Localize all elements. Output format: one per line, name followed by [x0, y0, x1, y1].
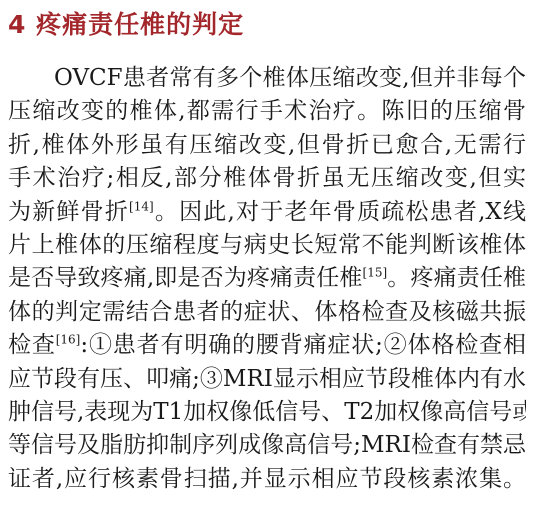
line-text: 手术治疗;相反,部分椎体骨折虽无压缩改变,但实: [8, 165, 526, 191]
line-text: 。疼痛责任椎: [387, 265, 526, 291]
citation-marker: [16]: [56, 332, 81, 346]
text-line: 检查[16]:①患者有明确的腰背痛症状;②体格检查相: [8, 329, 526, 362]
line-text: 。因此,对于老年骨质疏松患者,X线: [154, 199, 526, 225]
text-line: 肿信号,表现为T1加权像低信号、T2加权像高信号或: [8, 396, 526, 429]
line-text: 体的判定需结合患者的症状、体格检查及核磁共振: [8, 299, 526, 325]
text-line: 等信号及脂肪抑制序列成像高信号;MRI检查有禁忌: [8, 429, 526, 462]
text-line: 应节段有压、叩痛;③MRI显示相应节段椎体内有水: [8, 363, 526, 396]
line-text: 肿信号,表现为T1加权像低信号、T2加权像高信号或: [8, 399, 526, 425]
text-line: 为新鲜骨折[14]。因此,对于老年骨质疏松患者,X线: [8, 196, 526, 229]
section-heading: 4 疼痛责任椎的判定: [8, 10, 526, 40]
line-text: 证者,应行核素骨扫描,并显示相应节段核素浓集。: [8, 466, 526, 492]
line-text: 压缩改变的椎体,都需行手术治疗。陈旧的压缩骨: [8, 98, 526, 124]
line-text: 为新鲜骨折: [8, 199, 129, 225]
line-text: 应节段有压、叩痛;③MRI显示相应节段椎体内有水: [8, 366, 526, 392]
citation-marker: [15]: [363, 266, 388, 280]
text-line: 折,椎体外形虽有压缩改变,但骨折已愈合,无需行: [8, 129, 526, 162]
text-line: 证者,应行核素骨扫描,并显示相应节段核素浓集。: [8, 463, 526, 496]
text-line: 压缩改变的椎体,都需行手术治疗。陈旧的压缩骨: [8, 95, 526, 128]
line-text: OVCF患者常有多个椎体压缩改变,但并非每个: [54, 65, 526, 91]
text-line: 片上椎体的压缩程度与病史长短常不能判断该椎体: [8, 229, 526, 262]
line-text: 检查: [8, 332, 56, 358]
line-text: 是否导致疼痛,即是否为疼痛责任椎: [8, 265, 363, 291]
line-text: 折,椎体外形虽有压缩改变,但骨折已愈合,无需行: [8, 132, 526, 158]
line-text: 片上椎体的压缩程度与病史长短常不能判断该椎体: [8, 232, 526, 258]
citation-marker: [14]: [129, 199, 154, 213]
text-line: 手术治疗;相反,部分椎体骨折虽无压缩改变,但实: [8, 162, 526, 195]
text-line: 是否导致疼痛,即是否为疼痛责任椎[15]。疼痛责任椎: [8, 262, 526, 295]
text-line: 体的判定需结合患者的症状、体格检查及核磁共振: [8, 296, 526, 329]
text-line: OVCF患者常有多个椎体压缩改变,但并非每个: [8, 62, 526, 95]
section-paragraph: OVCF患者常有多个椎体压缩改变,但并非每个 压缩改变的椎体,都需行手术治疗。陈…: [8, 62, 526, 496]
paper-page: 4 疼痛责任椎的判定 OVCF患者常有多个椎体压缩改变,但并非每个 压缩改变的椎…: [0, 0, 533, 514]
line-text: :①患者有明确的腰背痛症状;②体格检查相: [80, 332, 526, 358]
line-text: 等信号及脂肪抑制序列成像高信号;MRI检查有禁忌: [8, 432, 526, 458]
